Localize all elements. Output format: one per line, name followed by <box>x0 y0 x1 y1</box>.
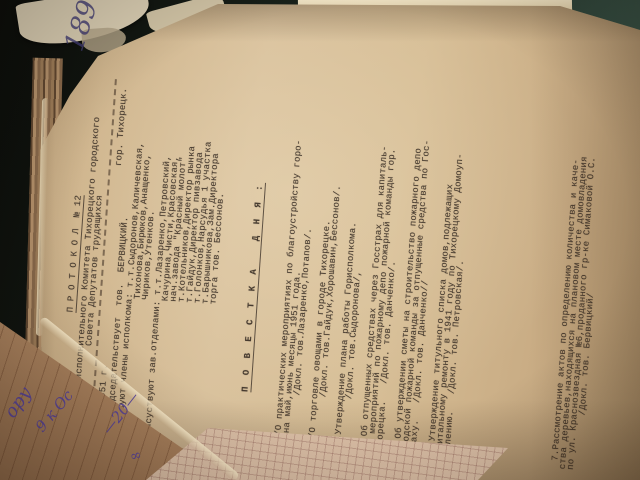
agenda-heading-text: П О В Е С Т К А Д Н Я : <box>241 182 266 392</box>
book-photo: П Р О Т О К О Л № 12 заседания исполните… <box>0 0 640 480</box>
agenda-items: 1/О практических мероприятиях по благоус… <box>273 88 607 471</box>
typed-document: П Р О Т О К О Л № 12 заседания исполните… <box>58 73 618 472</box>
agenda-heading: П О В Е С Т К А Д Н Я : <box>241 85 272 392</box>
